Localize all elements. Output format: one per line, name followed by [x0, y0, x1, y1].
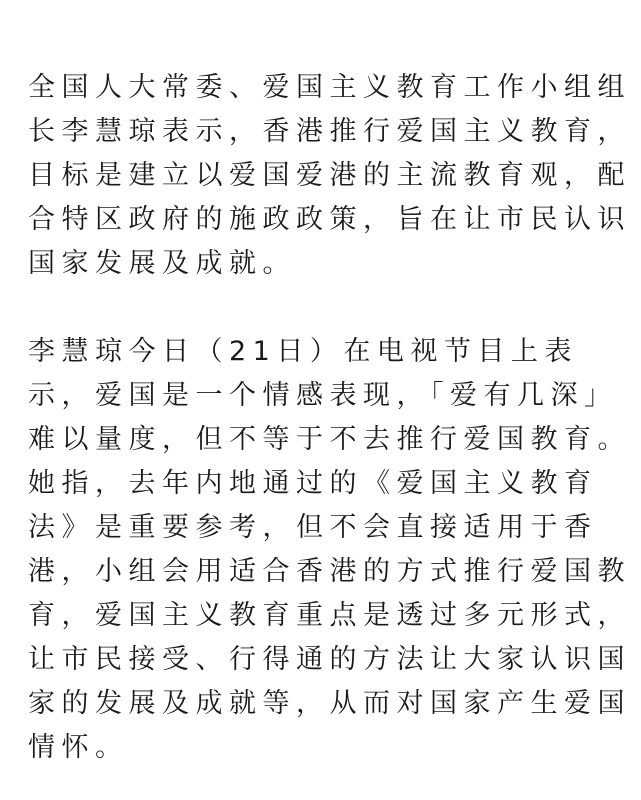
text-line: 难以量度，但不等于不去推行爱国教育。 [28, 418, 628, 462]
text-line: 育，爱国主义教育重点是透过多元形式， [28, 594, 628, 638]
text-line: 全国人大常委、爱国主义教育工作小组组 [28, 66, 628, 110]
text-line: 情怀。 [28, 726, 628, 770]
text-line: 她指，去年内地通过的《爱国主义教育 [28, 462, 628, 506]
text-line: 李慧琼今日（21日）在电视节目上表 [28, 330, 628, 374]
paragraph-2: 李慧琼今日（21日）在电视节目上表 示，爱国是一个情感表现，「爱有几深」 难以量… [28, 330, 628, 770]
article-body: 全国人大常委、爱国主义教育工作小组组 长李慧琼表示，香港推行爱国主义教育， 目标… [28, 66, 628, 770]
text-line: 合特区政府的施政政策，旨在让市民认识 [28, 198, 628, 242]
text-line: 目标是建立以爱国爱港的主流教育观，配 [28, 154, 628, 198]
text-line: 长李慧琼表示，香港推行爱国主义教育， [28, 110, 628, 154]
text-line: 家的发展及成就等，从而对国家产生爱国 [28, 682, 628, 726]
text-line: 法》是重要参考，但不会直接适用于香 [28, 506, 628, 550]
paragraph-1: 全国人大常委、爱国主义教育工作小组组 长李慧琼表示，香港推行爱国主义教育， 目标… [28, 66, 628, 286]
text-line: 国家发展及成就。 [28, 242, 628, 286]
text-line: 港，小组会用适合香港的方式推行爱国教 [28, 550, 628, 594]
text-line: 让市民接受、行得通的方法让大家认识国 [28, 638, 628, 682]
text-line: 示，爱国是一个情感表现，「爱有几深」 [28, 374, 628, 418]
